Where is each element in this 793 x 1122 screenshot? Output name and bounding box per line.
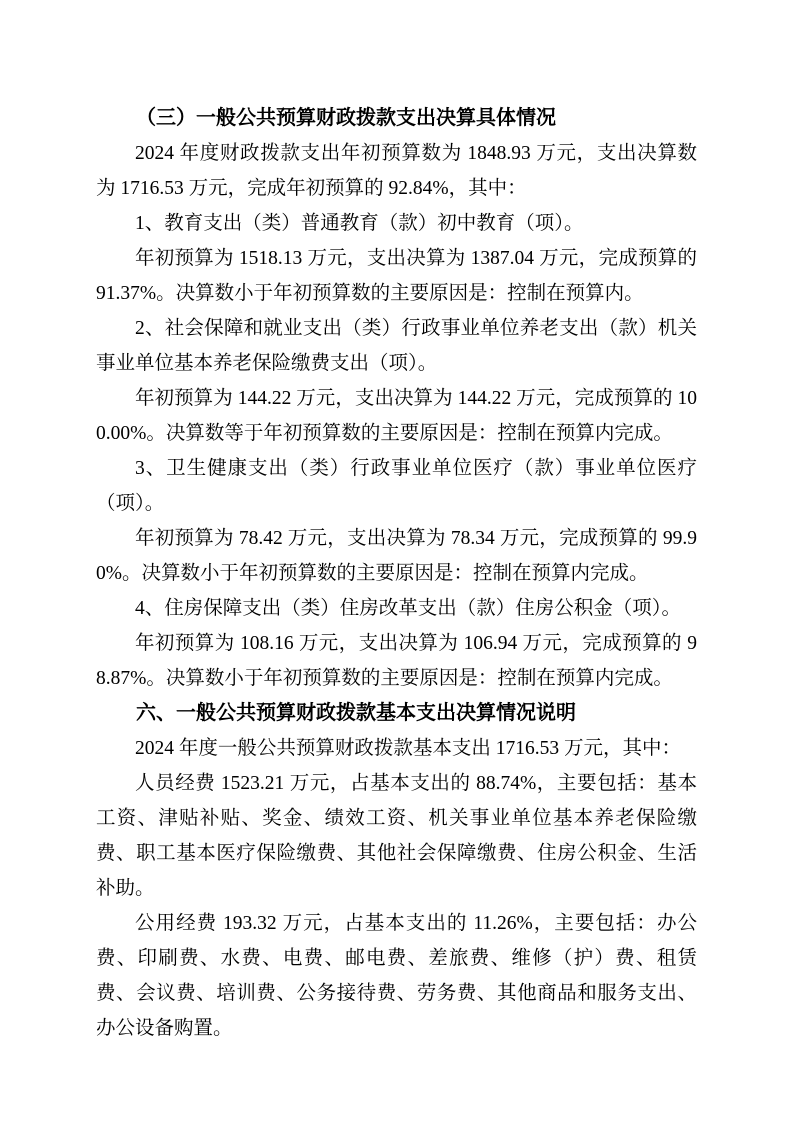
expenditure-item-1-title: 1、教育支出（类）普通教育（款）初中教育（项）。	[96, 206, 697, 241]
expenditure-item-2-detail: 年初预算为 144.22 万元，支出决算为 144.22 万元，完成预算的 10…	[96, 381, 697, 451]
personnel-funds-paragraph: 人员经费 1523.21 万元，占基本支出的 88.74%，主要包括：基本工资、…	[96, 766, 697, 906]
public-funds-paragraph: 公用经费 193.32 万元，占基本支出的 11.26%，主要包括：办公费、印刷…	[96, 906, 697, 1046]
section-basic-expenditure: 六、一般公共预算财政拨款基本支出决算情况说明 2024 年度一般公共预算财政拨款…	[96, 696, 697, 1046]
section-expenditure-detail: （三）一般公共预算财政拨款支出决算具体情况 2024 年度财政拨款支出年初预算数…	[96, 101, 697, 696]
basic-expenditure-overview-paragraph: 2024 年度一般公共预算财政拨款基本支出 1716.53 万元，其中：	[96, 731, 697, 766]
expenditure-item-1-detail: 年初预算为 1518.13 万元，支出决算为 1387.04 万元，完成预算的 …	[96, 241, 697, 311]
expenditure-item-3-detail: 年初预算为 78.42 万元，支出决算为 78.34 万元，完成预算的 99.9…	[96, 521, 697, 591]
expenditure-item-3-title: 3、卫生健康支出（类）行政事业单位医疗（款）事业单位医疗（项）。	[96, 451, 697, 521]
expenditure-item-4-title: 4、住房保障支出（类）住房改革支出（款）住房公积金（项）。	[96, 591, 697, 626]
section-expenditure-detail-heading: （三）一般公共预算财政拨款支出决算具体情况	[96, 101, 697, 136]
expenditure-overview-paragraph: 2024 年度财政拨款支出年初预算数为 1848.93 万元，支出决算数为 17…	[96, 136, 697, 206]
document-page: （三）一般公共预算财政拨款支出决算具体情况 2024 年度财政拨款支出年初预算数…	[96, 101, 697, 1046]
expenditure-item-2-title: 2、社会保障和就业支出（类）行政事业单位养老支出（款）机关事业单位基本养老保险缴…	[96, 311, 697, 381]
section-basic-expenditure-heading: 六、一般公共预算财政拨款基本支出决算情况说明	[96, 696, 697, 731]
expenditure-item-4-detail: 年初预算为 108.16 万元，支出决算为 106.94 万元，完成预算的 98…	[96, 626, 697, 696]
